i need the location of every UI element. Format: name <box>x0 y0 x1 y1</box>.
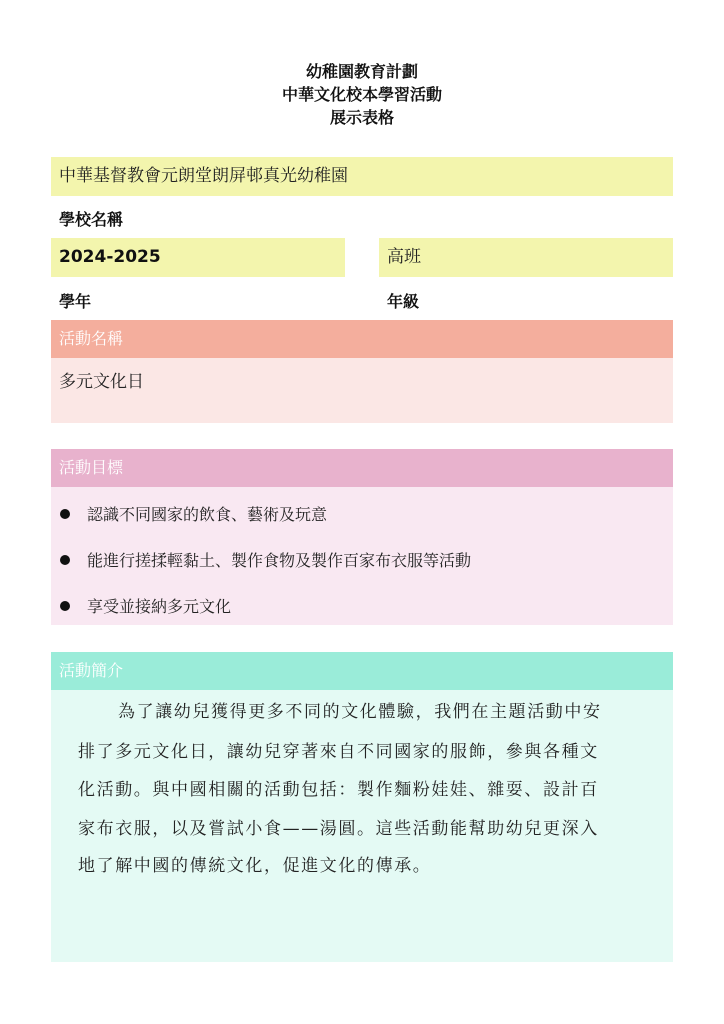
activity-intro-header-label: 活動簡介 <box>51 652 673 690</box>
grade-value: 高班 <box>379 238 673 277</box>
school-name-field: 中華基督教會元朗堂朗屏邨真光幼稚園 <box>51 157 673 196</box>
doc-title-line2: 中華文化校本學習活動 <box>0 84 724 105</box>
activity-goals-header-label: 活動目標 <box>51 449 673 487</box>
activity-name-header: 活動名稱 <box>51 320 673 358</box>
intro-line: 家布衣服，以及嘗試小食——湯圓。這些活動能幫助幼兒更深入 <box>78 814 599 839</box>
activity-name-body: 多元文化日 <box>51 358 673 423</box>
intro-line: 化活動。與中國相關的活動包括：製作麵粉娃娃、雜耍、設計百 <box>78 775 599 800</box>
doc-title-line1: 幼稚園教育計劃 <box>0 61 724 82</box>
activity-name-value: 多元文化日 <box>59 367 144 392</box>
activity-goals-header: 活動目標 <box>51 449 673 487</box>
school-year-field: 2024-2025 <box>51 238 345 277</box>
bullet-icon <box>60 601 70 611</box>
goal-item: 享受並接納多元文化 <box>60 594 231 617</box>
doc-title-line3: 展示表格 <box>0 107 724 128</box>
grade-field: 高班 <box>379 238 673 277</box>
bullet-icon <box>60 555 70 565</box>
school-year-label: 學年 <box>59 289 91 312</box>
school-name-label: 學校名稱 <box>59 207 123 230</box>
goal-item: 認識不同國家的飲食、藝術及玩意 <box>60 502 327 525</box>
school-year-value: 2024-2025 <box>51 238 345 277</box>
activity-name-header-label: 活動名稱 <box>51 320 673 358</box>
goal-item: 能進行搓揉輕黏土、製作食物及製作百家布衣服等活動 <box>60 548 471 571</box>
activity-intro-header: 活動簡介 <box>51 652 673 690</box>
school-name-value: 中華基督教會元朗堂朗屏邨真光幼稚園 <box>51 157 673 196</box>
bullet-icon <box>60 509 70 519</box>
intro-line: 為了讓幼兒獲得更多不同的文化體驗，我們在主題活動中安 <box>118 697 602 722</box>
grade-label: 年級 <box>387 289 419 312</box>
intro-line: 排了多元文化日，讓幼兒穿著來自不同國家的服飾，參與各種文 <box>78 737 599 762</box>
intro-line: 地了解中國的傳統文化，促進文化的傳承。 <box>78 851 431 876</box>
